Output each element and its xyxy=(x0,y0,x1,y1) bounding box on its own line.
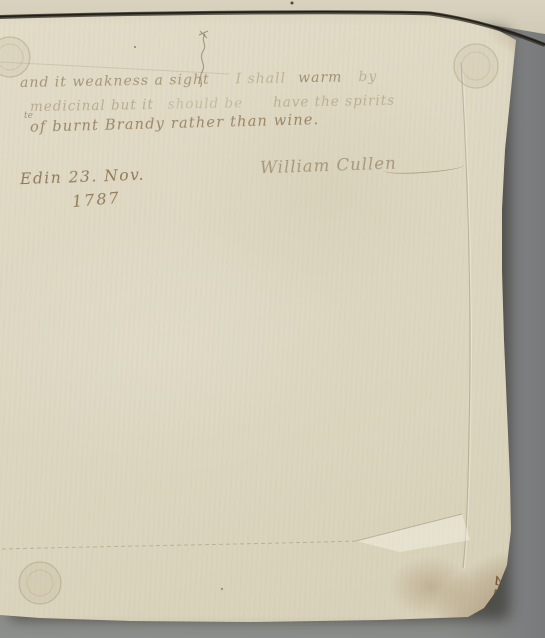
signature-william-cullen: William Cullen xyxy=(260,154,397,178)
manuscript-scan-page: { "page": { "kind": "aged handwritten le… xyxy=(0,0,545,638)
embossed-stamp-bottom-left xyxy=(19,562,61,604)
ink-squiggle-tick xyxy=(199,31,208,38)
repair-patch xyxy=(356,514,470,552)
letter-line-1-seg-3: warm xyxy=(298,69,343,86)
letter-line-2-seg-3: have the spirits xyxy=(273,93,395,111)
dateline-year: 1787 xyxy=(71,188,121,211)
embossed-stamp-left xyxy=(0,37,30,77)
dateline-place-date: Edin 23. Nov. xyxy=(20,166,145,188)
diagonal-crease xyxy=(356,514,462,541)
speck xyxy=(221,588,223,590)
vertical-crease-highlight xyxy=(463,62,472,568)
letter-line-1-seg-4: by xyxy=(358,69,377,85)
letter-line-1-seg-1: and it weakness a sight xyxy=(20,72,210,91)
letter-line-2-seg-2: should be xyxy=(168,95,244,112)
letter-line-1: and it weakness a sightI shallwarmby xyxy=(20,69,378,91)
embossed-stamp-right xyxy=(454,44,498,88)
manuscript-page: and it weakness a sightI shallwarmby med… xyxy=(0,0,545,638)
letter-line-2-seg-1: medicinal but it xyxy=(30,97,154,115)
letter-line-2: medicinal but itshould behave the spirit… xyxy=(30,93,395,115)
scan-background: and it weakness a sightI shallwarmby med… xyxy=(0,0,545,638)
speck xyxy=(134,46,136,48)
letter-line-1-seg-2: I shall xyxy=(235,70,286,87)
bottom-crease xyxy=(2,541,356,549)
letter-line-3: of burnt Brandy rather than wine. xyxy=(30,112,320,136)
vertical-crease xyxy=(461,62,470,568)
